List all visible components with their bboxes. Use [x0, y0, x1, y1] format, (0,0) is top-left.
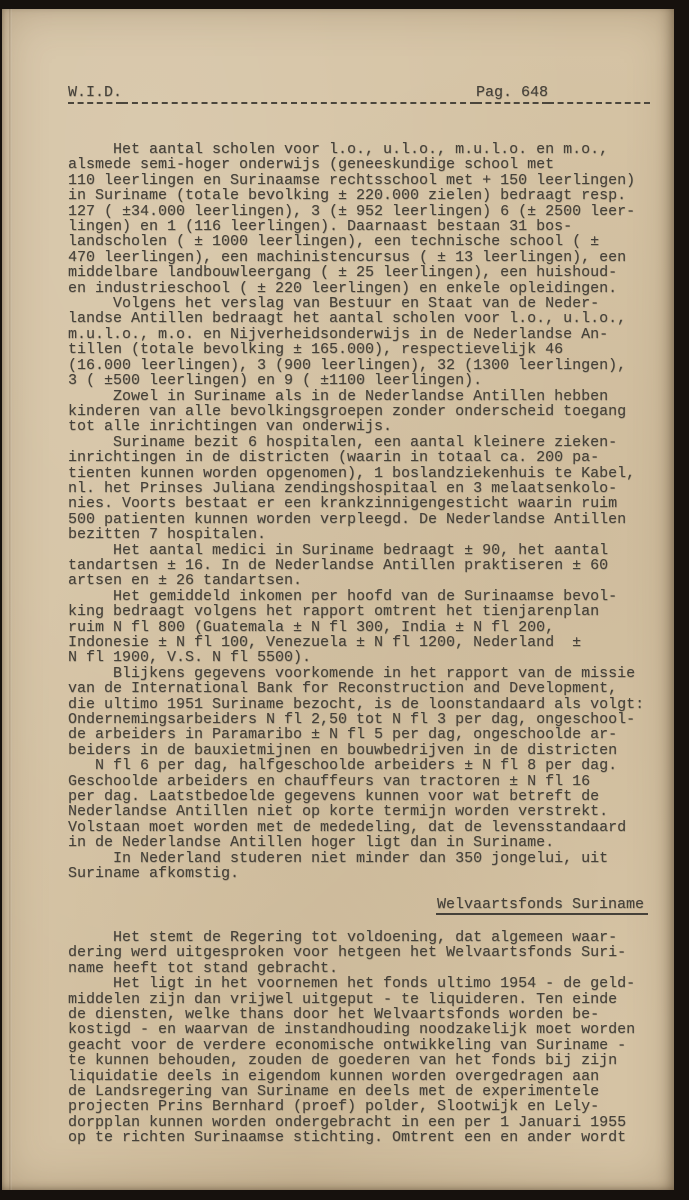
text-line: N fl 6 per dag, halfgeschoolde arbeiders…: [68, 758, 650, 773]
text-line: lingen) en 1 (116 leerlingen). Daarnaast…: [68, 219, 650, 234]
document-code: W.I.D.: [68, 85, 122, 104]
text-line: alsmede semi-hoger onderwijs (geneeskund…: [68, 157, 650, 172]
section-heading-text: Welvaartsfonds Suriname: [436, 897, 648, 915]
text-line: Het gemiddeld inkomen per hoofd van de S…: [68, 589, 650, 604]
text-line: nies. Voorts bestaat er een krankzinnige…: [68, 496, 650, 511]
text-line: Geschoolde arbeiders en chauffeurs van t…: [68, 774, 650, 789]
text-line: de arbeiders in Paramaribo ± N fl 5 per …: [68, 727, 650, 742]
text-line: In Nederland studeren niet minder dan 35…: [68, 851, 650, 866]
text-line: van de International Bank for Reconstruc…: [68, 681, 650, 696]
text-line: kostigd - en waarvan de instandhouding n…: [68, 1022, 650, 1037]
text-line: geacht voor de verdere economische ontwi…: [68, 1038, 650, 1053]
text-line: Zowel in Suriname als in de Nederlandse …: [68, 389, 650, 404]
text-line: ruim N fl 800 (Guatemala ± N fl 300, Ind…: [68, 620, 650, 635]
text-line: Volgens het verslag van Bestuur en Staat…: [68, 296, 650, 311]
text-line: kinderen van alle bevolkingsgroepen zond…: [68, 404, 650, 419]
text-line: tienten kunnen worden opgenomen), 1 bosl…: [68, 466, 650, 481]
text-line: 500 patienten kunnen worden verpleegd. D…: [68, 512, 650, 527]
text-line: 470 leerlingen), een machinistencursus (…: [68, 250, 650, 265]
text-line: de diensten, welke thans door het Welvaa…: [68, 1007, 650, 1022]
text-line: (16.000 leerlingen), 3 (900 leerlingen),…: [68, 358, 650, 373]
text-line: op te richten Surinaamse stichting. Omtr…: [68, 1130, 650, 1145]
text-body: Het aantal scholen voor l.o., u.l.o., m.…: [68, 142, 650, 1146]
text-line: king bedraagt volgens het rapport omtren…: [68, 604, 650, 619]
text-line: projecten Prins Bernhard (proef) polder,…: [68, 1099, 650, 1114]
page-number: Pag. 648: [476, 85, 548, 104]
text-line: bezitten 7 hospitalen.: [68, 527, 650, 542]
text-line: Het aantal medici in Suriname bedraagt ±…: [68, 543, 650, 558]
text-line: Suriname bezit 6 hospitalen, een aantal …: [68, 435, 650, 450]
text-line: 3 ( ±500 leerlingen) en 9 ( ±1100 leerli…: [68, 373, 650, 388]
header-dash-rule: [548, 98, 650, 104]
text-line: Ondernemingsarbeiders N fl 2,50 tot N fl…: [68, 712, 650, 727]
text-line: Suriname afkomstig.: [68, 866, 650, 881]
text-line: Volstaan moet worden met de mededeling, …: [68, 820, 650, 835]
text-line: dorpplan kunnen worden ondergebracht in …: [68, 1115, 650, 1130]
text-line: de Landsregering van Suriname en deels m…: [68, 1084, 650, 1099]
text-line: Het stemt de Regering tot voldoening, da…: [68, 930, 650, 945]
text-line: 110 leerlingen en Surinaamse rechtsschoo…: [68, 173, 650, 188]
text-line: tot alle inrichtingen van onderwijs.: [68, 419, 650, 434]
section-heading: Welvaartsfonds Suriname: [68, 897, 650, 915]
text-line: nl. het Prinses Juliana zendingshospitaa…: [68, 481, 650, 496]
text-line: tillen (totale bevolking ± 165.000), res…: [68, 342, 650, 357]
text-line: per dag. Laatstbedoelde gegevens kunnen …: [68, 789, 650, 804]
text-line: in de Nederlandse Antillen hoger ligt da…: [68, 835, 650, 850]
text-line: en industrieschool ( ± 220 leerlingen) e…: [68, 281, 650, 296]
text-line: in Suriname (totale bevolking ± 220.000 …: [68, 188, 650, 203]
text-line: middelbare landbouwleergang ( ± 25 leerl…: [68, 265, 650, 280]
text-line: artsen en ± 26 tandartsen.: [68, 573, 650, 588]
text-line: landscholen ( ± 1000 leerlingen), een te…: [68, 234, 650, 249]
text-line: Blijkens gegevens voorkomende in het rap…: [68, 666, 650, 681]
header-dash-rule: [122, 98, 476, 104]
page-header: W.I.D. Pag. 648: [68, 85, 650, 104]
text-line: inrichtingen in de districten (waarin in…: [68, 450, 650, 465]
paper-crease: [9, 9, 12, 1190]
text-line: Indonesie ± N fl 100, Venezuela ± N fl 1…: [68, 635, 650, 650]
text-line: te kunnen behouden, zouden de goederen v…: [68, 1053, 650, 1068]
document-page: W.I.D. Pag. 648 Het aantal scholen voor …: [2, 9, 674, 1190]
text-line: beiders in de bauxietmijnen en bouwbedri…: [68, 743, 650, 758]
text-line: Nederlandse Antillen niet op korte termi…: [68, 804, 650, 819]
text-line: m.u.l.o., m.o. en Nijverheidsonderwijs i…: [68, 327, 650, 342]
text-line: landse Antillen bedraagt het aantal scho…: [68, 311, 650, 326]
text-line: N fl 1900, V.S. N fl 5500).: [68, 650, 650, 665]
text-line: dering werd uitgesproken voor hetgeen he…: [68, 945, 650, 960]
text-line: liquidatie deels in eigendom kunnen word…: [68, 1069, 650, 1084]
text-line: name heeft tot stand gebracht.: [68, 961, 650, 976]
text-line: die ultimo 1951 Suriname bezocht, is de …: [68, 697, 650, 712]
text-line: Het ligt in het voornemen het fonds ulti…: [68, 976, 650, 991]
text-line: Het aantal scholen voor l.o., u.l.o., m.…: [68, 142, 650, 157]
text-line: middelen zijn dan vrijwel uitgeput - te …: [68, 992, 650, 1007]
text-line: 127 ( ±34.000 leerlingen), 3 (± 952 leer…: [68, 204, 650, 219]
text-line: tandartsen ± 16. In de Nederlandse Antil…: [68, 558, 650, 573]
